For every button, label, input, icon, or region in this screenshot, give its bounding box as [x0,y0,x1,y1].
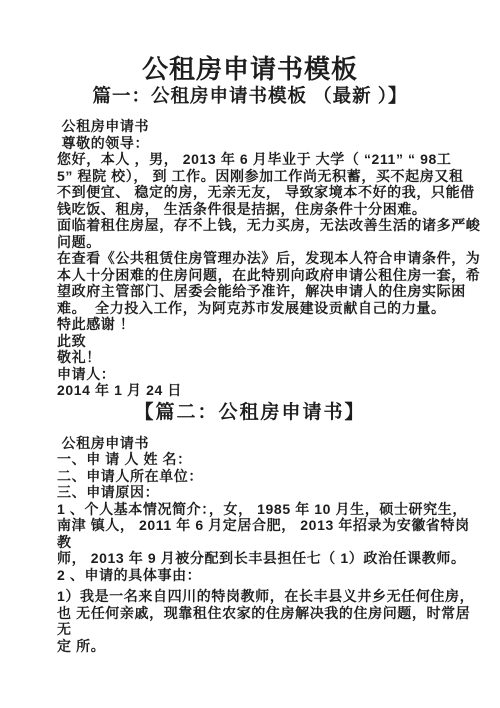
text-line: 您好，本人 ，男， 2013 年 6 月毕业于 大学（ “211” “ 98工 [57,151,484,168]
text-line: 1 、个人基本情况简介：，女， 1985 年 10 月生，硕士研究生， [57,501,484,518]
section1-body: 公租房申请书 尊敬的领导：您好，本人 ，男， 2013 年 6 月毕业于 大学（… [57,118,484,399]
text-line: 尊敬的领导： [57,135,484,152]
text-line: 南津 镇人， 2011 年 6 月定居合肥， 2013 年招录为安徽省特岗教 [57,517,484,550]
text-line: 定 所。 [57,638,484,655]
text-line: 面临着租住房屋，存不上钱，无力买房，无法改善生活的诸多严峻 [57,217,484,234]
text-line: 望政府主管部门、居委会能给予准许，解决申请人的住房实际困 [57,283,484,300]
text-line: 5” 程院 校）， 到 工作。因刚参加工作尚无积蓄，买不起房又租 [57,168,484,185]
document-page: 公租房申请书模板 篇一：公租房申请书模板 （最新 ）】 公租房申请书 尊敬的领导… [0,0,500,708]
text-line: 钱吃饭、租房， 生活条件很是拮据，住房条件十分困难。 [57,201,484,218]
text-line: 难。 全力投入工作，为阿克苏市发展建设贡献自己的力量。 [57,300,484,317]
text-line: 公租房申请书 [57,118,484,135]
text-line: 敬礼！ [57,349,484,366]
text-line: 本人十分困难的住房问题，在此特别向政府申请公租住房一套，希 [57,267,484,284]
text-line: 1）我是一名来自四川的特岗教师，在长丰县义井乡无任何住房， [57,588,484,605]
section1-heading: 篇一：公租房申请书模板 （最新 ）】 [0,85,500,107]
text-line: 申请人： [57,366,484,383]
text-line: 公租房申请书 [57,435,484,452]
section2-heading: 【篇二：公租房申请书】 [0,402,500,424]
text-line: 一、申 请 人 姓 名： [57,451,484,468]
text-line: 2014 年 1 月 24 日 [57,382,484,399]
text-line: 三、申请原因： [57,484,484,501]
text-line: 在查看《公共租赁住房管理办法》后，发现本人符合申请条件，为 [57,250,484,267]
text-line: 问题。 [57,234,484,251]
text-line: 不到便宜、 稳定的房，无亲无友， 导致家境本不好的我，只能借 [57,184,484,201]
page-title: 公租房申请书模板 [0,0,500,85]
text-line: 特此感谢 ！ [57,316,484,333]
text-line: 2 、申请的具体事由： [57,567,484,584]
text-line: 此致 [57,333,484,350]
section2-body: 公租房申请书一、申 请 人 姓 名：二、申请人所在单位：三、申请原因：1 、个人… [57,435,484,655]
text-line: 二、申请人所在单位： [57,468,484,485]
text-line: 也 无任何亲戚，现靠租住农家的住房解决我的住房问题，时常居无 [57,605,484,638]
text-line: 师， 2013 年 9 月被分配到长丰县担任七（ 1）政治任课教师。 [57,550,484,567]
